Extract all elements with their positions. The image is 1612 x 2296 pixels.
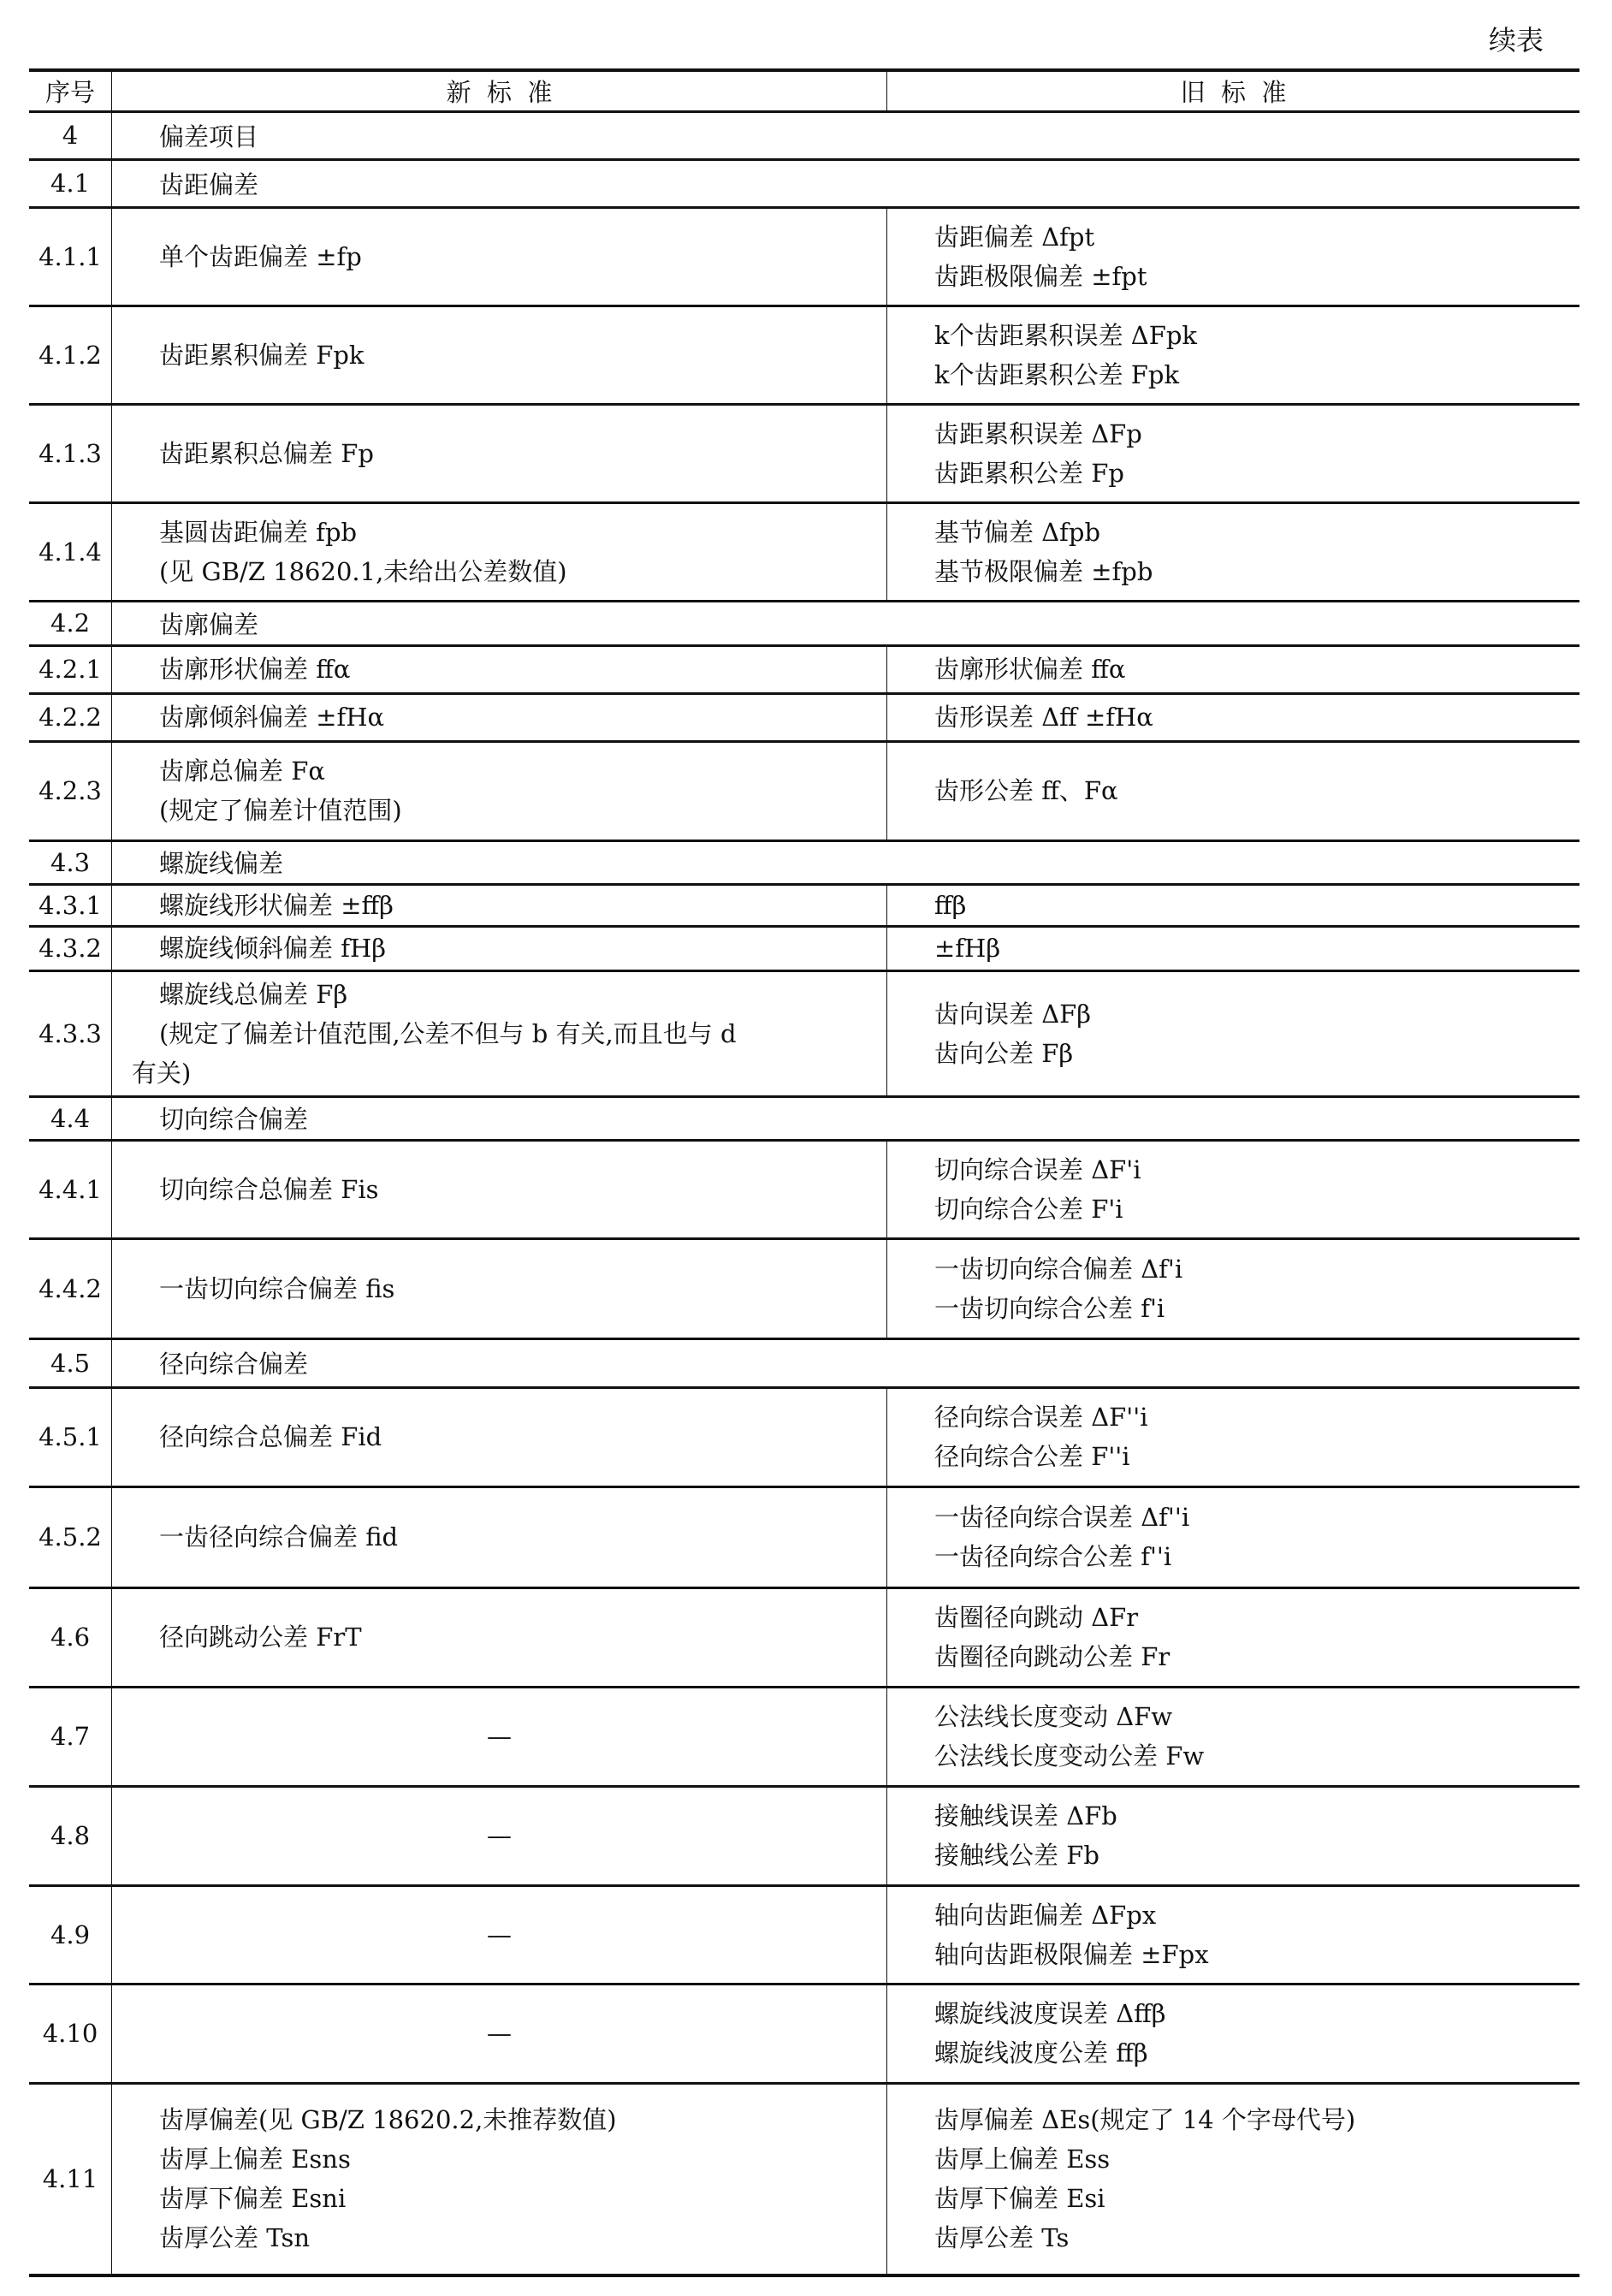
cell-line: ±fHβ <box>934 928 1579 968</box>
cell-line: 齿向误差 ΔFβ <box>934 994 1579 1034</box>
row-number: 4.2.3 <box>29 741 112 840</box>
row-number: 4.8 <box>29 1786 112 1885</box>
new-standard-cell: 齿廓形状偏差 ffα <box>112 645 887 693</box>
new-standard-cell: — <box>112 1786 887 1885</box>
cell-line: 齿距极限偏差 ±fpt <box>934 257 1579 296</box>
cell-line: k个齿距累积误差 ΔFpk <box>934 316 1579 355</box>
row-number: 4.10 <box>29 1984 112 2083</box>
cell-line: 公法线长度变动 ΔFw <box>934 1697 1579 1736</box>
row-number: 4.1.3 <box>29 404 112 502</box>
table-row: 4.3.3螺旋线总偏差 Fβ(规定了偏差计值范围,公差不但与 b 有关,而且也与… <box>29 970 1579 1096</box>
old-standard-cell: 切向综合误差 ΔF'i切向综合公差 F'i <box>887 1140 1580 1238</box>
new-standard-cell: 齿廓总偏差 Fα(规定了偏差计值范围) <box>112 741 887 840</box>
old-standard-cell: 轴向齿距偏差 ΔFpx轴向齿距极限偏差 ±Fpx <box>887 1885 1580 1984</box>
standards-comparison-table: 序号 新 标 准 旧 标 准 4偏差项目4.1齿距偏差4.1.1单个齿距偏差 ±… <box>29 68 1579 2277</box>
cell-line: 基圆齿距偏差 fpb <box>159 513 886 552</box>
new-standard-cell: 径向跳动公差 FrT <box>112 1587 887 1687</box>
cell-line: 齿厚上偏差 Esns <box>159 2139 886 2179</box>
table-row: 4.1齿距偏差 <box>29 159 1579 207</box>
cell-line: 径向综合公差 F''i <box>934 1437 1579 1476</box>
cell-line: 齿向公差 Fβ <box>934 1034 1579 1073</box>
row-number: 4.11 <box>29 2083 112 2275</box>
cell-line: 径向跳动公差 FrT <box>159 1617 886 1657</box>
header-no: 序号 <box>29 70 112 111</box>
cell-line: 轴向齿距偏差 ΔFpx <box>934 1896 1579 1935</box>
old-standard-cell: ±fHβ <box>887 926 1580 970</box>
cell-line: — <box>112 1816 886 1855</box>
row-number: 4.4 <box>29 1096 112 1140</box>
new-standard-cell: 齿距累积偏差 Fpk <box>112 306 887 404</box>
table-row: 4.8—接触线误差 ΔFb接触线公差 Fb <box>29 1786 1579 1885</box>
new-standard-cell: 一齿径向综合偏差 fid <box>112 1486 887 1587</box>
new-standard-cell: 切向综合总偏差 Fis <box>112 1140 887 1238</box>
cell-line: 齿厚公差 Tsn <box>159 2218 886 2257</box>
table-row: 4.5径向综合偏差 <box>29 1338 1579 1387</box>
table-row: 4.3螺旋线偏差 <box>29 840 1579 884</box>
row-number: 4.5 <box>29 1338 112 1387</box>
cell-line: 切向综合公差 F'i <box>934 1190 1579 1229</box>
old-standard-cell: 齿形误差 Δff ±fHα <box>887 693 1580 741</box>
cell-line: 齿厚下偏差 Esi <box>934 2179 1579 2218</box>
row-number: 4.1 <box>29 159 112 207</box>
new-standard-cell: — <box>112 1984 887 2083</box>
header-row: 序号 新 标 准 旧 标 准 <box>29 70 1579 111</box>
new-standard-cell: 单个齿距偏差 ±fp <box>112 207 887 306</box>
cell-line: ffβ <box>934 886 1579 925</box>
cell-line: 接触线误差 ΔFb <box>934 1796 1579 1836</box>
table-row: 4.4.2一齿切向综合偏差 fis一齿切向综合偏差 Δf'i一齿切向综合公差 f… <box>29 1238 1579 1338</box>
cell-line: 齿厚公差 Ts <box>934 2218 1579 2257</box>
cell-line: 一齿切向综合偏差 fis <box>159 1269 886 1308</box>
row-number: 4.1.4 <box>29 502 112 601</box>
table-row: 4.2.3齿廓总偏差 Fα(规定了偏差计值范围)齿形公差 ff、Fα <box>29 741 1579 840</box>
new-standard-cell: 齿厚偏差(见 GB/Z 18620.2,未推荐数值)齿厚上偏差 Esns齿厚下偏… <box>112 2083 887 2275</box>
cell-line: 螺旋线波度误差 Δffβ <box>934 1994 1579 2033</box>
table-row: 4.1.1单个齿距偏差 ±fp齿距偏差 Δfpt齿距极限偏差 ±fpt <box>29 207 1579 306</box>
table-row: 4.3.1螺旋线形状偏差 ±ffβffβ <box>29 884 1579 926</box>
new-standard-cell: 螺旋线形状偏差 ±ffβ <box>112 884 887 926</box>
section-title: 径向综合偏差 <box>112 1338 1580 1387</box>
row-number: 4.2.2 <box>29 693 112 741</box>
row-number: 4.1.2 <box>29 306 112 404</box>
cell-line: 齿距累积公差 Fp <box>934 454 1579 493</box>
cell-line: 有关) <box>132 1053 886 1093</box>
new-standard-cell: — <box>112 1687 887 1786</box>
table-row: 4.6径向跳动公差 FrT齿圈径向跳动 ΔFr齿圈径向跳动公差 Fr <box>29 1587 1579 1687</box>
cell-line: 齿厚偏差(见 GB/Z 18620.2,未推荐数值) <box>159 2100 886 2139</box>
cell-line: 一齿切向综合偏差 Δf'i <box>934 1249 1579 1289</box>
row-number: 4.7 <box>29 1687 112 1786</box>
header-new-standard: 新 标 准 <box>112 70 887 111</box>
cell-line: (规定了偏差计值范围) <box>159 791 886 830</box>
cell-line: 基节偏差 Δfpb <box>934 513 1579 552</box>
cell-line: 齿廓总偏差 Fα <box>159 751 886 791</box>
new-standard-cell: 齿距累积总偏差 Fp <box>112 404 887 502</box>
row-number: 4.4.1 <box>29 1140 112 1238</box>
cell-line: 齿距累积总偏差 Fp <box>159 434 886 473</box>
new-standard-cell: — <box>112 1885 887 1984</box>
old-standard-cell: 齿廓形状偏差 ffα <box>887 645 1580 693</box>
section-title: 螺旋线偏差 <box>112 840 1580 884</box>
cell-line: 齿距累积偏差 Fpk <box>159 335 886 375</box>
new-standard-cell: 径向综合总偏差 Fid <box>112 1387 887 1486</box>
cell-line: 一齿切向综合公差 f'i <box>934 1289 1579 1328</box>
row-number: 4.3.2 <box>29 926 112 970</box>
section-title: 齿距偏差 <box>112 159 1580 207</box>
cell-line: 切向综合误差 ΔF'i <box>934 1150 1579 1190</box>
table-row: 4.1.3齿距累积总偏差 Fp齿距累积误差 ΔFp齿距累积公差 Fp <box>29 404 1579 502</box>
table-row: 4.2.1齿廓形状偏差 ffα齿廓形状偏差 ffα <box>29 645 1579 693</box>
old-standard-cell: 齿圈径向跳动 ΔFr齿圈径向跳动公差 Fr <box>887 1587 1580 1687</box>
row-number: 4.3 <box>29 840 112 884</box>
section-title: 切向综合偏差 <box>112 1096 1580 1140</box>
old-standard-cell: 齿向误差 ΔFβ齿向公差 Fβ <box>887 970 1580 1096</box>
cell-line: 齿距偏差 Δfpt <box>934 217 1579 257</box>
section-title: 偏差项目 <box>112 111 1580 159</box>
old-standard-cell: k个齿距累积误差 ΔFpkk个齿距累积公差 Fpk <box>887 306 1580 404</box>
new-standard-cell: 一齿切向综合偏差 fis <box>112 1238 887 1338</box>
cell-line: (规定了偏差计值范围,公差不但与 b 有关,而且也与 d <box>159 1014 886 1053</box>
row-number: 4.3.3 <box>29 970 112 1096</box>
old-standard-cell: 接触线误差 ΔFb接触线公差 Fb <box>887 1786 1580 1885</box>
old-standard-cell: 径向综合误差 ΔF''i径向综合公差 F''i <box>887 1387 1580 1486</box>
table-row: 4.4切向综合偏差 <box>29 1096 1579 1140</box>
cell-line: k个齿距累积公差 Fpk <box>934 355 1579 395</box>
row-number: 4.1.1 <box>29 207 112 306</box>
cell-line: — <box>112 1717 886 1756</box>
cell-line: 基节极限偏差 ±fpb <box>934 552 1579 591</box>
cell-line: 齿圈径向跳动公差 Fr <box>934 1637 1579 1676</box>
cell-line: 接触线公差 Fb <box>934 1836 1579 1875</box>
new-standard-cell: 齿廓倾斜偏差 ±fHα <box>112 693 887 741</box>
cell-line: 轴向齿距极限偏差 ±Fpx <box>934 1935 1579 1974</box>
table-row: 4.9—轴向齿距偏差 ΔFpx轴向齿距极限偏差 ±Fpx <box>29 1885 1579 1984</box>
old-standard-cell: 一齿切向综合偏差 Δf'i一齿切向综合公差 f'i <box>887 1238 1580 1338</box>
old-standard-cell: 螺旋线波度误差 Δffβ螺旋线波度公差 ffβ <box>887 1984 1580 2083</box>
row-number: 4.3.1 <box>29 884 112 926</box>
cell-line: 螺旋线倾斜偏差 fHβ <box>159 928 886 968</box>
old-standard-cell: 齿厚偏差 ΔEs(规定了 14 个字母代号)齿厚上偏差 Ess齿厚下偏差 Esi… <box>887 2083 1580 2275</box>
table-row: 4.1.2齿距累积偏差 Fpkk个齿距累积误差 ΔFpkk个齿距累积公差 Fpk <box>29 306 1579 404</box>
cell-line: 齿形误差 Δff ±fHα <box>934 697 1579 737</box>
table-caption: 续表 <box>1489 19 1544 58</box>
cell-line: 齿廓形状偏差 ffα <box>934 650 1579 689</box>
new-standard-cell: 基圆齿距偏差 fpb(见 GB/Z 18620.1,未给出公差数值) <box>112 502 887 601</box>
cell-line: 齿厚下偏差 Esni <box>159 2179 886 2218</box>
cell-line: 齿形公差 ff、Fα <box>934 771 1579 810</box>
table-row: 4.7—公法线长度变动 ΔFw公法线长度变动公差 Fw <box>29 1687 1579 1786</box>
old-standard-cell: 齿形公差 ff、Fα <box>887 741 1580 840</box>
cell-line: 螺旋线波度公差 ffβ <box>934 2033 1579 2073</box>
row-number: 4.6 <box>29 1587 112 1687</box>
cell-line: 一齿径向综合公差 f''i <box>934 1537 1579 1576</box>
cell-line: 一齿径向综合偏差 fid <box>159 1517 886 1557</box>
cell-line: 径向综合误差 ΔF''i <box>934 1397 1579 1437</box>
table-row: 4偏差项目 <box>29 111 1579 159</box>
table-row: 4.11齿厚偏差(见 GB/Z 18620.2,未推荐数值)齿厚上偏差 Esns… <box>29 2083 1579 2275</box>
table-row: 4.5.1径向综合总偏差 Fid径向综合误差 ΔF''i径向综合公差 F''i <box>29 1387 1579 1486</box>
cell-line: — <box>112 2014 886 2053</box>
cell-line: 齿廓倾斜偏差 ±fHα <box>159 697 886 737</box>
new-standard-cell: 螺旋线倾斜偏差 fHβ <box>112 926 887 970</box>
cell-line: 径向综合总偏差 Fid <box>159 1417 886 1457</box>
table-body: 4偏差项目4.1齿距偏差4.1.1单个齿距偏差 ±fp齿距偏差 Δfpt齿距极限… <box>29 111 1579 2275</box>
old-standard-cell: ffβ <box>887 884 1580 926</box>
cell-line: 齿距累积误差 ΔFp <box>934 414 1579 454</box>
cell-line: — <box>112 1915 886 1955</box>
cell-line: 齿廓形状偏差 ffα <box>159 650 886 689</box>
row-number: 4.9 <box>29 1885 112 1984</box>
section-title: 齿廓偏差 <box>112 601 1580 645</box>
row-number: 4.5.2 <box>29 1486 112 1587</box>
row-number: 4.2.1 <box>29 645 112 693</box>
old-standard-cell: 一齿径向综合误差 Δf''i一齿径向综合公差 f''i <box>887 1486 1580 1587</box>
cell-line: 齿圈径向跳动 ΔFr <box>934 1598 1579 1637</box>
cell-line: 齿厚偏差 ΔEs(规定了 14 个字母代号) <box>934 2100 1579 2139</box>
cell-line: 切向综合总偏差 Fis <box>159 1170 886 1209</box>
cell-line: 齿厚上偏差 Ess <box>934 2139 1579 2179</box>
table-row: 4.5.2一齿径向综合偏差 fid一齿径向综合误差 Δf''i一齿径向综合公差 … <box>29 1486 1579 1587</box>
table-row: 4.1.4基圆齿距偏差 fpb(见 GB/Z 18620.1,未给出公差数值)基… <box>29 502 1579 601</box>
new-standard-cell: 螺旋线总偏差 Fβ(规定了偏差计值范围,公差不但与 b 有关,而且也与 d有关) <box>112 970 887 1096</box>
row-number: 4.4.2 <box>29 1238 112 1338</box>
table-row: 4.3.2螺旋线倾斜偏差 fHβ±fHβ <box>29 926 1579 970</box>
cell-line: 一齿径向综合误差 Δf''i <box>934 1498 1579 1537</box>
header-old-standard: 旧 标 准 <box>887 70 1580 111</box>
cell-line: 公法线长度变动公差 Fw <box>934 1736 1579 1776</box>
table-row: 4.2齿廓偏差 <box>29 601 1579 645</box>
old-standard-cell: 齿距偏差 Δfpt齿距极限偏差 ±fpt <box>887 207 1580 306</box>
table-row: 4.2.2齿廓倾斜偏差 ±fHα齿形误差 Δff ±fHα <box>29 693 1579 741</box>
table-row: 4.10—螺旋线波度误差 Δffβ螺旋线波度公差 ffβ <box>29 1984 1579 2083</box>
table-row: 4.4.1切向综合总偏差 Fis切向综合误差 ΔF'i切向综合公差 F'i <box>29 1140 1579 1238</box>
row-number: 4 <box>29 111 112 159</box>
cell-line: 单个齿距偏差 ±fp <box>159 237 886 276</box>
old-standard-cell: 齿距累积误差 ΔFp齿距累积公差 Fp <box>887 404 1580 502</box>
cell-line: 螺旋线总偏差 Fβ <box>159 975 886 1014</box>
old-standard-cell: 基节偏差 Δfpb基节极限偏差 ±fpb <box>887 502 1580 601</box>
cell-line: (见 GB/Z 18620.1,未给出公差数值) <box>159 552 886 591</box>
row-number: 4.5.1 <box>29 1387 112 1486</box>
cell-line: 螺旋线形状偏差 ±ffβ <box>159 886 886 925</box>
old-standard-cell: 公法线长度变动 ΔFw公法线长度变动公差 Fw <box>887 1687 1580 1786</box>
row-number: 4.2 <box>29 601 112 645</box>
